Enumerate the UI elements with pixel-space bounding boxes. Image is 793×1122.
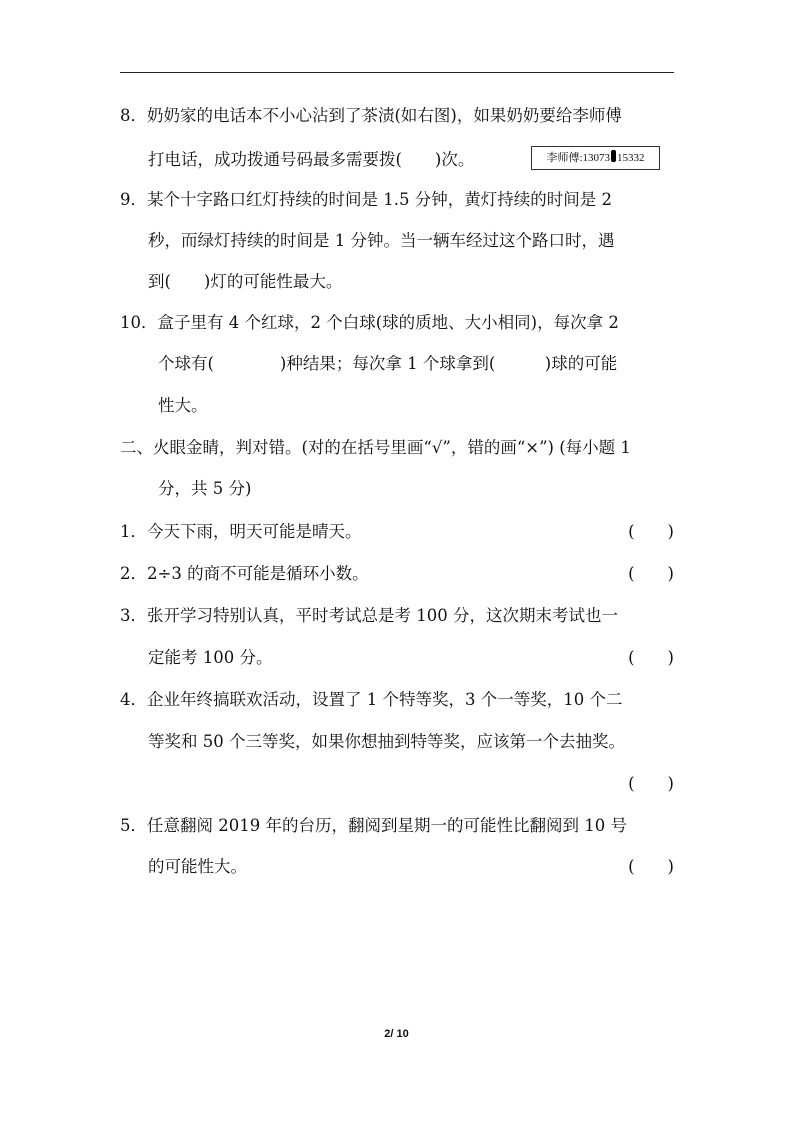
question-10-line-1: 10．盒子里有 4 个红球，2 个白球(球的质地、大小相同)，每次拿 2 — [120, 313, 674, 333]
phone-note-figure: 李师傅:1307315332 — [531, 146, 660, 170]
section-2-heading-line-2: 分，共 5 分) — [158, 479, 674, 499]
phone-number-part-1: 13073 — [583, 152, 611, 164]
tea-stain-icon — [611, 150, 616, 162]
answer-blank[interactable]: ( ) — [628, 774, 674, 794]
judge-item-1: 1．今天下雨，明天可能是晴天。 ( ) — [120, 522, 674, 542]
judge-item-3-line-1: 3．张开学习特别认真，平时考试总是考 100 分，这次期末考试也一 — [120, 606, 674, 626]
question-10-line-2: 个球有( )种结果；每次拿 1 个球拿到( )球的可能 — [158, 354, 674, 374]
page-number: 2/ 10 — [0, 1028, 793, 1040]
header-rule — [120, 72, 674, 73]
answer-blank[interactable]: ( ) — [628, 564, 674, 584]
question-9-line-2: 秒，而绿灯持续的时间是 1 分钟。当一辆车经过这个路口时，遇 — [148, 231, 674, 251]
phone-number-part-2: 15332 — [617, 152, 645, 164]
judge-item-5-line-1: 5．任意翻阅 2019 年的台历，翻阅到星期一的可能性比翻阅到 10 号 — [120, 816, 674, 836]
judge-item-2: 2．2÷3 的商不可能是循环小数。 ( ) — [120, 564, 674, 584]
judge-item-3-line-2: 定能考 100 分。 ( ) — [148, 648, 674, 668]
phone-note-label: 李师傅: — [546, 152, 582, 164]
judge-item-5-text: 的可能性大。 — [148, 857, 247, 876]
section-2-heading-line-1: 二、火眼金睛，判对错。(对的在括号里画“√”，错的画“×”) (每小题 1 — [120, 438, 674, 458]
judge-item-3-text: 定能考 100 分。 — [148, 648, 272, 667]
judge-item-1-text: 1．今天下雨，明天可能是晴天。 — [120, 522, 362, 541]
answer-blank[interactable]: ( ) — [628, 648, 674, 668]
answer-blank[interactable]: ( ) — [628, 522, 674, 542]
judge-item-4-line-2: 等奖和 50 个三等奖，如果你想抽到特等奖，应该第一个去抽奖。 — [148, 732, 674, 752]
question-9-line-1: 9．某个十字路口红灯持续的时间是 1.5 分钟，黄灯持续的时间是 2 — [120, 190, 674, 210]
judge-item-4-line-1: 4．企业年终搞联欢活动，设置了 1 个特等奖，3 个一等奖，10 个二 — [120, 690, 674, 710]
question-8-line-1: 8．奶奶家的电话本不小心沾到了茶渍(如右图)，如果奶奶要给李师傅 — [120, 106, 674, 126]
judge-item-5-line-2: 的可能性大。 ( ) — [148, 857, 674, 877]
question-10-line-3: 性大。 — [158, 396, 674, 416]
answer-blank[interactable]: ( ) — [628, 857, 674, 877]
question-9-line-3: 到( )灯的可能性最大。 — [148, 272, 674, 292]
judge-item-2-text: 2．2÷3 的商不可能是循环小数。 — [120, 564, 369, 583]
